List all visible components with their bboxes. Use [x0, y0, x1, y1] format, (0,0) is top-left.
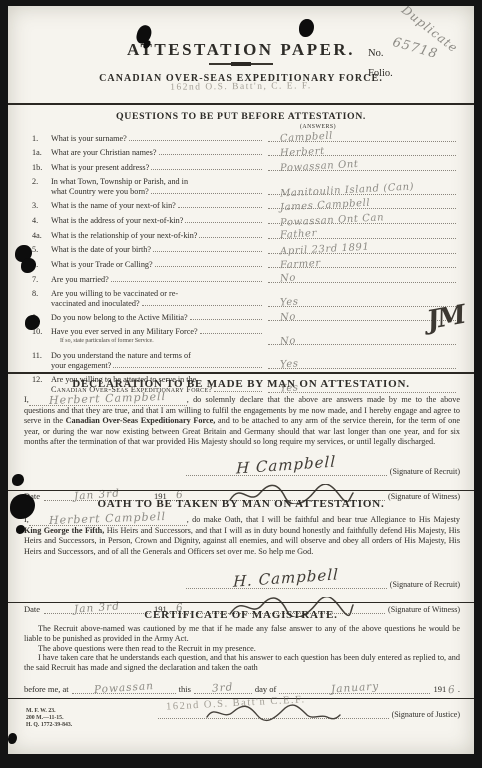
no-label: No. — [368, 48, 383, 59]
question-row: 1b.What is your present address? Powassa… — [32, 162, 456, 172]
question-row: 11.Do you understand the nature and term… — [32, 351, 456, 370]
question-row: 4.What is the address of your next-of-ki… — [32, 216, 456, 226]
question-text: What is the name of your next-of kin? — [51, 201, 176, 211]
dotted-leader — [190, 319, 262, 320]
question-text: In what Town, Township or Parish, and in — [51, 177, 188, 187]
battalion-stamp-footer: 162nd O.S. Batt'n C.E.F. — [166, 694, 306, 712]
question-text: What are your Christian names? — [51, 148, 157, 158]
dotted-leader — [129, 140, 262, 141]
oath-heading: OATH TO BE TAKEN BY MAN ON ATTESTATION. — [8, 498, 474, 510]
handwritten-answer: No — [280, 312, 296, 322]
period: . — [458, 684, 460, 694]
question-row: 6.What is your Trade or Calling? Farmer — [32, 260, 456, 270]
form-code-line: H. Q. 1772-39-843. — [26, 722, 72, 729]
question-row: 1a.What are your Christian names? Herber… — [32, 148, 456, 158]
question-number: 1a. — [32, 148, 51, 158]
questions-section: QUESTIONS TO BE PUT BEFORE ATTESTATION. … — [8, 105, 474, 399]
form-code-line: 200 M.—11-15. — [26, 715, 72, 722]
question-text: vaccinated and inoculated? — [51, 299, 140, 309]
marginal-initials-handwritten: JM — [425, 300, 467, 336]
handwritten-answer: April 23rd 1891 — [280, 243, 370, 257]
questions-heading: QUESTIONS TO BE PUT BEFORE ATTESTATION. — [8, 111, 474, 122]
declaration-heading: DECLARATION TO BE MADE BY MAN ON ATTESTA… — [8, 378, 474, 390]
signature-label: (Signature of Recruit) — [390, 580, 460, 589]
question-text: your engagement? — [51, 361, 111, 371]
answer-line: Campbell — [268, 133, 456, 142]
oath-body: , do make Oath, that I will be faithful … — [187, 515, 460, 524]
question-number: 4a. — [32, 231, 51, 241]
footer-section: M. F. W. 23. 200 M.—11-15. H. Q. 1772-39… — [8, 698, 474, 754]
answer-line: Yes — [268, 360, 456, 369]
before-me-label: before me, at — [24, 684, 69, 694]
question-text: What is your present address? — [51, 163, 149, 173]
handwritten-name: Herbert Campbell — [49, 392, 166, 406]
divider-oath — [8, 490, 474, 491]
attestation-paper-scan: ATTESTATION PAPER. CANADIAN OVER-SEAS EX… — [8, 6, 474, 754]
dotted-leader — [199, 237, 262, 238]
question-row: 5.What is the date of your birth? April … — [32, 245, 456, 255]
question-text: Do you understand the nature and terms o… — [51, 351, 191, 361]
recruit-signature-row: H. Campbell (Signature of Recruit) — [8, 569, 474, 589]
question-row: 3.What is the name of your next-of kin? … — [32, 201, 456, 211]
answer-line: Manitoulin Island (Can) — [268, 186, 456, 195]
answer-line: No — [268, 274, 456, 283]
answer-line: Herbert — [268, 148, 456, 157]
question-number: 7. — [32, 275, 51, 285]
certificate-paragraph: The Recruit above-named was cautioned by… — [8, 624, 474, 644]
answer-line: Powassan Ont — [268, 162, 456, 171]
signature-label: (Signature of Recruit) — [390, 467, 460, 476]
handwritten-name: Herbert Campbell — [49, 512, 166, 526]
divider-certificate — [8, 602, 474, 603]
question-row: 10.Have you ever served in any Military … — [32, 327, 456, 346]
question-number: 2. — [32, 177, 51, 187]
oath-paragraph: I,Herbert Campbell, do make Oath, that I… — [8, 514, 474, 557]
oath-body-bold: King George the Fifth, — [24, 526, 104, 535]
dotted-leader — [142, 305, 262, 306]
answers-label: (ANSWERS) — [300, 124, 336, 130]
question-row: 7.Are you married? No — [32, 274, 456, 284]
handwritten-answer: Manitoulin Island (Can) — [280, 183, 415, 200]
dotted-leader — [113, 367, 262, 368]
form-code-line: M. F. W. 23. — [26, 708, 72, 715]
answer-line: Father — [268, 230, 456, 239]
question-text: What is the relationship of your next-of… — [51, 231, 197, 241]
recruit-signature-row: H Campbell (Signature of Recruit) — [8, 456, 474, 476]
certificate-paragraph: I have taken care that he understands ea… — [8, 653, 474, 673]
dotted-leader — [153, 251, 262, 252]
oath-name-blank: Herbert Campbell — [29, 514, 187, 526]
question-row: 8.Are you willing to be vaccinated or re… — [32, 289, 456, 308]
dotted-leader — [159, 154, 263, 155]
answer-line: Powassan Ont Can — [268, 216, 456, 225]
certificate-paragraph: The above questions were then read to th… — [8, 644, 474, 654]
handwritten-answer: Powassan Ont — [280, 160, 359, 174]
recruit-signature-handwritten: H. Campbell — [233, 565, 339, 590]
question-number: 1. — [32, 134, 51, 144]
no-folio-block: No. 65718 Duplicate Folio. — [368, 48, 460, 79]
before-me-row: before me, at Powassan this 3rd day of J… — [8, 682, 474, 694]
answer-line: No — [268, 337, 456, 346]
declaration-body-bold: Canadian Over-Seas Expeditionary Force, — [66, 416, 216, 425]
question-number: 3. — [32, 201, 51, 211]
handwritten-answer: Farmer — [280, 259, 321, 271]
answer-line: James Campbell — [268, 201, 456, 210]
question-number: 11. — [32, 351, 51, 361]
handwritten-answer: Father — [280, 229, 317, 241]
question-text: Are you married? — [51, 275, 109, 285]
place-line: Powassan — [72, 682, 176, 694]
day-line: 3rd — [194, 682, 252, 694]
handwritten-place: Powassan — [93, 680, 154, 696]
handwritten-answer: Campbell — [280, 132, 333, 144]
handwritten-answer: Yes — [280, 298, 299, 309]
handwritten-answer: Herbert — [280, 147, 325, 159]
question-text: what Country were you born? — [51, 187, 149, 197]
question-row: 1.What is your surname? Campbell — [32, 133, 456, 143]
handwritten-answer: No — [280, 336, 296, 346]
question-number: 5. — [32, 245, 51, 255]
ink-blot — [299, 19, 314, 37]
form-codes: M. F. W. 23. 200 M.—11-15. H. Q. 1772-39… — [26, 708, 72, 729]
question-row: 2.In what Town, Township or Parish, and … — [32, 177, 456, 196]
this-label: this — [179, 684, 191, 694]
question-row: 9.Do you now belong to the Active Militi… — [32, 313, 456, 323]
declaration-name-blank: Herbert Campbell — [29, 394, 187, 406]
question-number: 8. — [32, 289, 51, 299]
day-of-label: day of — [255, 684, 276, 694]
question-text: What is your surname? — [51, 134, 127, 144]
handwritten-month: January — [330, 680, 379, 695]
question-text: Do you now belong to the Active Militia? — [51, 313, 188, 323]
handwritten-answer: Yes — [280, 360, 299, 371]
handwritten-day: 3rd — [212, 681, 234, 694]
title-divider — [209, 63, 273, 65]
year-printed: 191 — [433, 684, 446, 694]
question-text: What is the date of your birth? — [51, 245, 151, 255]
signature-line: H. Campbell — [186, 569, 387, 589]
question-text: Have you ever served in any Military For… — [51, 327, 198, 337]
dotted-leader — [200, 333, 262, 334]
declaration-section: DECLARATION TO BE MADE BY MAN ON ATTESTA… — [8, 374, 474, 501]
dotted-leader — [178, 207, 262, 208]
question-text: What is your Trade or Calling? — [51, 260, 153, 270]
dotted-leader — [151, 193, 262, 194]
signature-line: H Campbell — [186, 456, 387, 476]
dotted-leader — [111, 281, 262, 282]
recruit-signature-handwritten: H Campbell — [236, 452, 337, 477]
question-subnote: If so, state particulars of former Servi… — [32, 337, 264, 347]
folio-label: Folio. — [368, 68, 460, 79]
handwritten-answer: No — [280, 274, 296, 284]
dotted-leader — [151, 169, 262, 170]
handwritten-answer: Powassan Ont Can — [280, 213, 385, 228]
question-number: 4. — [32, 216, 51, 226]
answer-line: Farmer — [268, 260, 456, 269]
question-text: Are you willing to be vaccinated or re- — [51, 289, 178, 299]
dotted-leader — [155, 266, 262, 267]
handwritten-answer: James Campbell — [280, 198, 371, 212]
declaration-paragraph: I,Herbert Campbell, do solemnly declare … — [8, 394, 474, 447]
certificate-heading: CERTIFICATE OF MAGISTRATE. — [8, 609, 474, 621]
handwritten-year: 6 — [448, 684, 457, 697]
question-text: What is the address of your next-of-kin? — [51, 216, 183, 226]
question-number: 1b. — [32, 163, 51, 173]
month-line: January — [279, 682, 430, 694]
question-row: 4a.What is the relationship of your next… — [32, 230, 456, 240]
answer-line: April 23rd 1891 — [268, 245, 456, 254]
oath-section: OATH TO BE TAKEN BY MAN ON ATTESTATION. … — [8, 494, 474, 614]
questions-list: 1.What is your surname? Campbell 1a.What… — [8, 122, 474, 394]
dotted-leader — [185, 222, 262, 223]
